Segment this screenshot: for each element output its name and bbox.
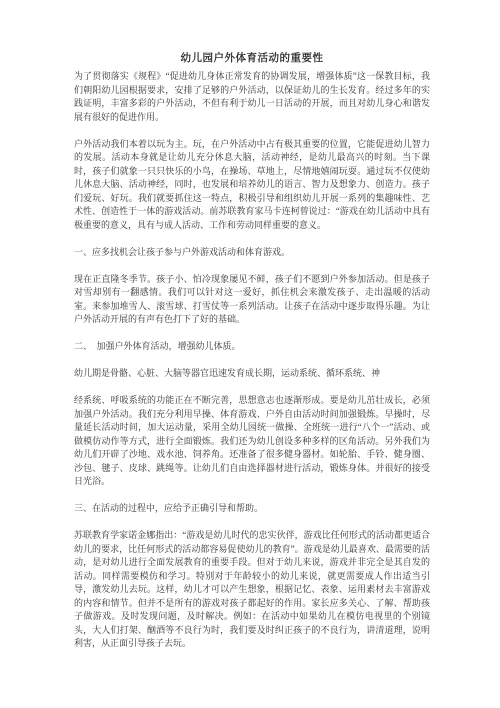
paragraph-growth-period: 幼儿期是骨骼、心脏、大脑等器官迅速发育成长期，运动系统、循环系统、神 [74, 367, 430, 381]
paragraph-intro: 为了贯彻落实《规程》“促进幼儿身体正常发育的协调发展，增强体质”这一保教目标，我… [74, 70, 430, 124]
section-heading-2: 二、 加强户外体育活动，增强幼儿体质。 [74, 340, 430, 354]
section-heading-1: 一、应多找机会让孩子参与户外游戏活动和体育游戏。 [74, 246, 430, 260]
paragraph-exercise-details: 经系统、呼吸系统的功能正在不断完善，思想意志也逐渐形成。要是幼儿茁壮成长，必须加… [74, 394, 430, 489]
document-page: 幼儿园户外体育活动的重要性 为了贯彻落实《规程》“促进幼儿身体正常发育的协调发展… [0, 0, 500, 708]
document-content: 幼儿园户外体育活动的重要性 为了贯彻落实《规程》“促进幼儿身体正常发育的协调发展… [74, 52, 430, 651]
paragraph-play-importance: 户外活动我们本着以玩为主。玩，在户外活动中占有极其重要的位置，它能促进幼儿智力的… [74, 138, 430, 233]
document-title: 幼儿园户外体育活动的重要性 [74, 52, 430, 66]
paragraph-winter-activities: 现在正直隆冬季节。孩子小、怕冷现象屡见不鲜，孩子们不愿到户外参加活动。但是孩子对… [74, 273, 430, 327]
section-heading-3: 三、在活动的过程中，应给予正确引导和帮助。 [74, 502, 430, 516]
paragraph-guidance: 苏联教育学家诺金娜指出：“游戏是幼儿时代的忠实伙伴，游戏比任何形式的活动都更适合… [74, 529, 430, 651]
